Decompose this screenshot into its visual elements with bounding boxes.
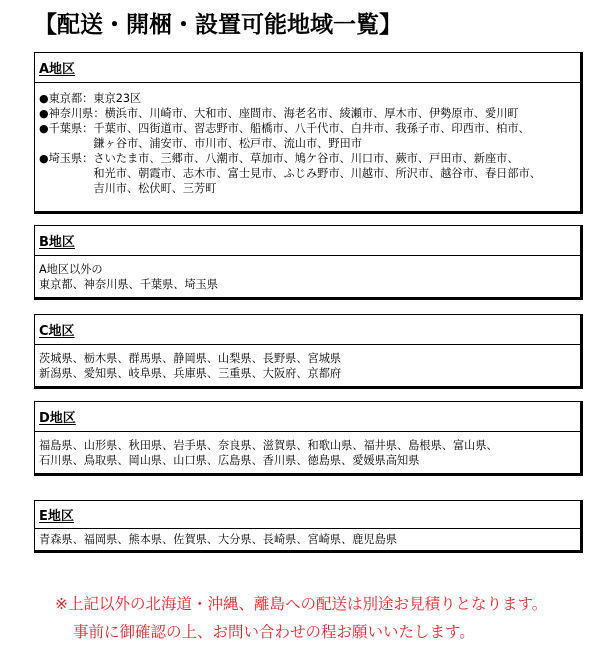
bullet-icon: ● [39,151,49,196]
bullet-icon: ● [39,121,49,151]
area-d-body: 福島県、山形県、秋田県、岩手県、奈良県、滋賀県、和歌山県、福井県、島根県、富山県… [35,432,580,472]
prefecture-label: 東京都： [49,91,94,106]
area-b-header: B地区 [35,226,580,256]
area-a-box: A地区 ● 東京都： 東京23区 ● 神奈川県： 横浜市、川崎市、大和市、座間市… [34,52,583,214]
area-b-body: A地区以外の 東京都、神奈川県、千葉県、埼玉県 [35,256,580,296]
area-d-title: D地区 [39,407,76,426]
area-e-body: 青森県、福岡県、熊本県、佐賀県、大分県、長崎県、宮崎県、鹿児島県 [35,529,580,551]
prefecture-label: 神奈川県： [49,106,105,121]
area-a-entry-tokyo: ● 東京都： 東京23区 [39,91,576,106]
note-line-1: ※上記以外の北海道・沖縄、離島への配送は別途お見積りとなります。 [55,590,547,618]
area-c-line: 新潟県、愛知県、岐阜県、兵庫県、三重県、大阪府、京都府 [39,366,576,381]
area-a-title: A地区 [39,58,75,77]
area-a-entry-kanagawa: ● 神奈川県： 横浜市、川崎市、大和市、座間市、海老名市、綾瀬市、厚木市、伊勢原… [39,106,576,121]
city-list: 鎌ヶ谷市、浦安市、市川市、松戸市、流山市、野田市 [93,136,529,151]
city-list: 東京23区 [93,91,141,106]
area-c-header: C地区 [35,315,580,345]
prefecture-label: 千葉県： [49,121,94,151]
bullet-icon: ● [39,106,49,121]
area-b-line: 東京都、神奈川県、千葉県、埼玉県 [39,277,576,292]
city-list: 吉川市、松伏町、三芳町 [93,181,541,196]
area-c-box: C地区 茨城県、栃木県、群馬県、静岡県、山梨県、長野県、宮城県 新潟県、愛知県、… [34,314,583,389]
area-b-title: B地区 [39,231,75,250]
area-d-line: 石川県、鳥取県、岡山県、山口県、広島県、香川県、徳島県、愛媛県高知県 [39,453,576,468]
city-list: 横浜市、川崎市、大和市、座間市、海老名市、綾瀬市、厚木市、伊勢原市、愛川町 [105,106,519,121]
city-list: 千葉市、四街道市、習志野市、船橋市、八千代市、白井市、我孫子市、印西市、柏市、 [93,121,529,136]
note-line-2: 事前に御確認の上、お問い合わせの程お願いいたします。 [55,618,547,646]
area-e-box: E地区 青森県、福岡県、熊本県、佐賀県、大分県、長崎県、宮崎県、鹿児島県 [34,500,583,553]
area-a-header: A地区 [35,53,580,83]
area-d-header: D地区 [35,402,580,432]
area-c-title: C地区 [39,320,75,339]
prefecture-label: 埼玉県： [49,151,94,196]
city-list: さいたま市、三郷市、八潮市、草加市、鳩ケ谷市、川口市、蕨市、戸田市、新座市、 [93,151,541,166]
area-c-line: 茨城県、栃木県、群馬県、静岡県、山梨県、長野県、宮城県 [39,351,576,366]
area-c-body: 茨城県、栃木県、群馬県、静岡県、山梨県、長野県、宮城県 新潟県、愛知県、岐阜県、… [35,345,580,385]
page-title: 【配送・開梱・設置可能地域一覧】 [34,6,402,39]
area-b-line: A地区以外の [39,262,576,277]
city-list: 和光市、朝霞市、志木市、富士見市、ふじみ野市、川越市、所沢市、越谷市、春日部市、 [93,166,541,181]
area-e-header: E地区 [35,501,580,529]
area-a-entry-saitama: ● 埼玉県： さいたま市、三郷市、八潮市、草加市、鳩ケ谷市、川口市、蕨市、戸田市… [39,151,576,196]
area-b-box: B地区 A地区以外の 東京都、神奈川県、千葉県、埼玉県 [34,225,583,300]
area-e-title: E地区 [39,505,74,524]
bullet-icon: ● [39,91,49,106]
area-a-entry-chiba: ● 千葉県： 千葉市、四街道市、習志野市、船橋市、八千代市、白井市、我孫子市、印… [39,121,576,151]
area-d-line: 福島県、山形県、秋田県、岩手県、奈良県、滋賀県、和歌山県、福井県、島根県、富山県… [39,438,576,453]
area-a-body: ● 東京都： 東京23区 ● 神奈川県： 横浜市、川崎市、大和市、座間市、海老名… [35,83,580,200]
area-d-box: D地区 福島県、山形県、秋田県、岩手県、奈良県、滋賀県、和歌山県、福井県、島根県… [34,401,583,476]
shipping-note: ※上記以外の北海道・沖縄、離島への配送は別途お見積りとなります。 事前に御確認の… [55,590,547,646]
area-e-line: 青森県、福岡県、熊本県、佐賀県、大分県、長崎県、宮崎県、鹿児島県 [39,532,576,547]
